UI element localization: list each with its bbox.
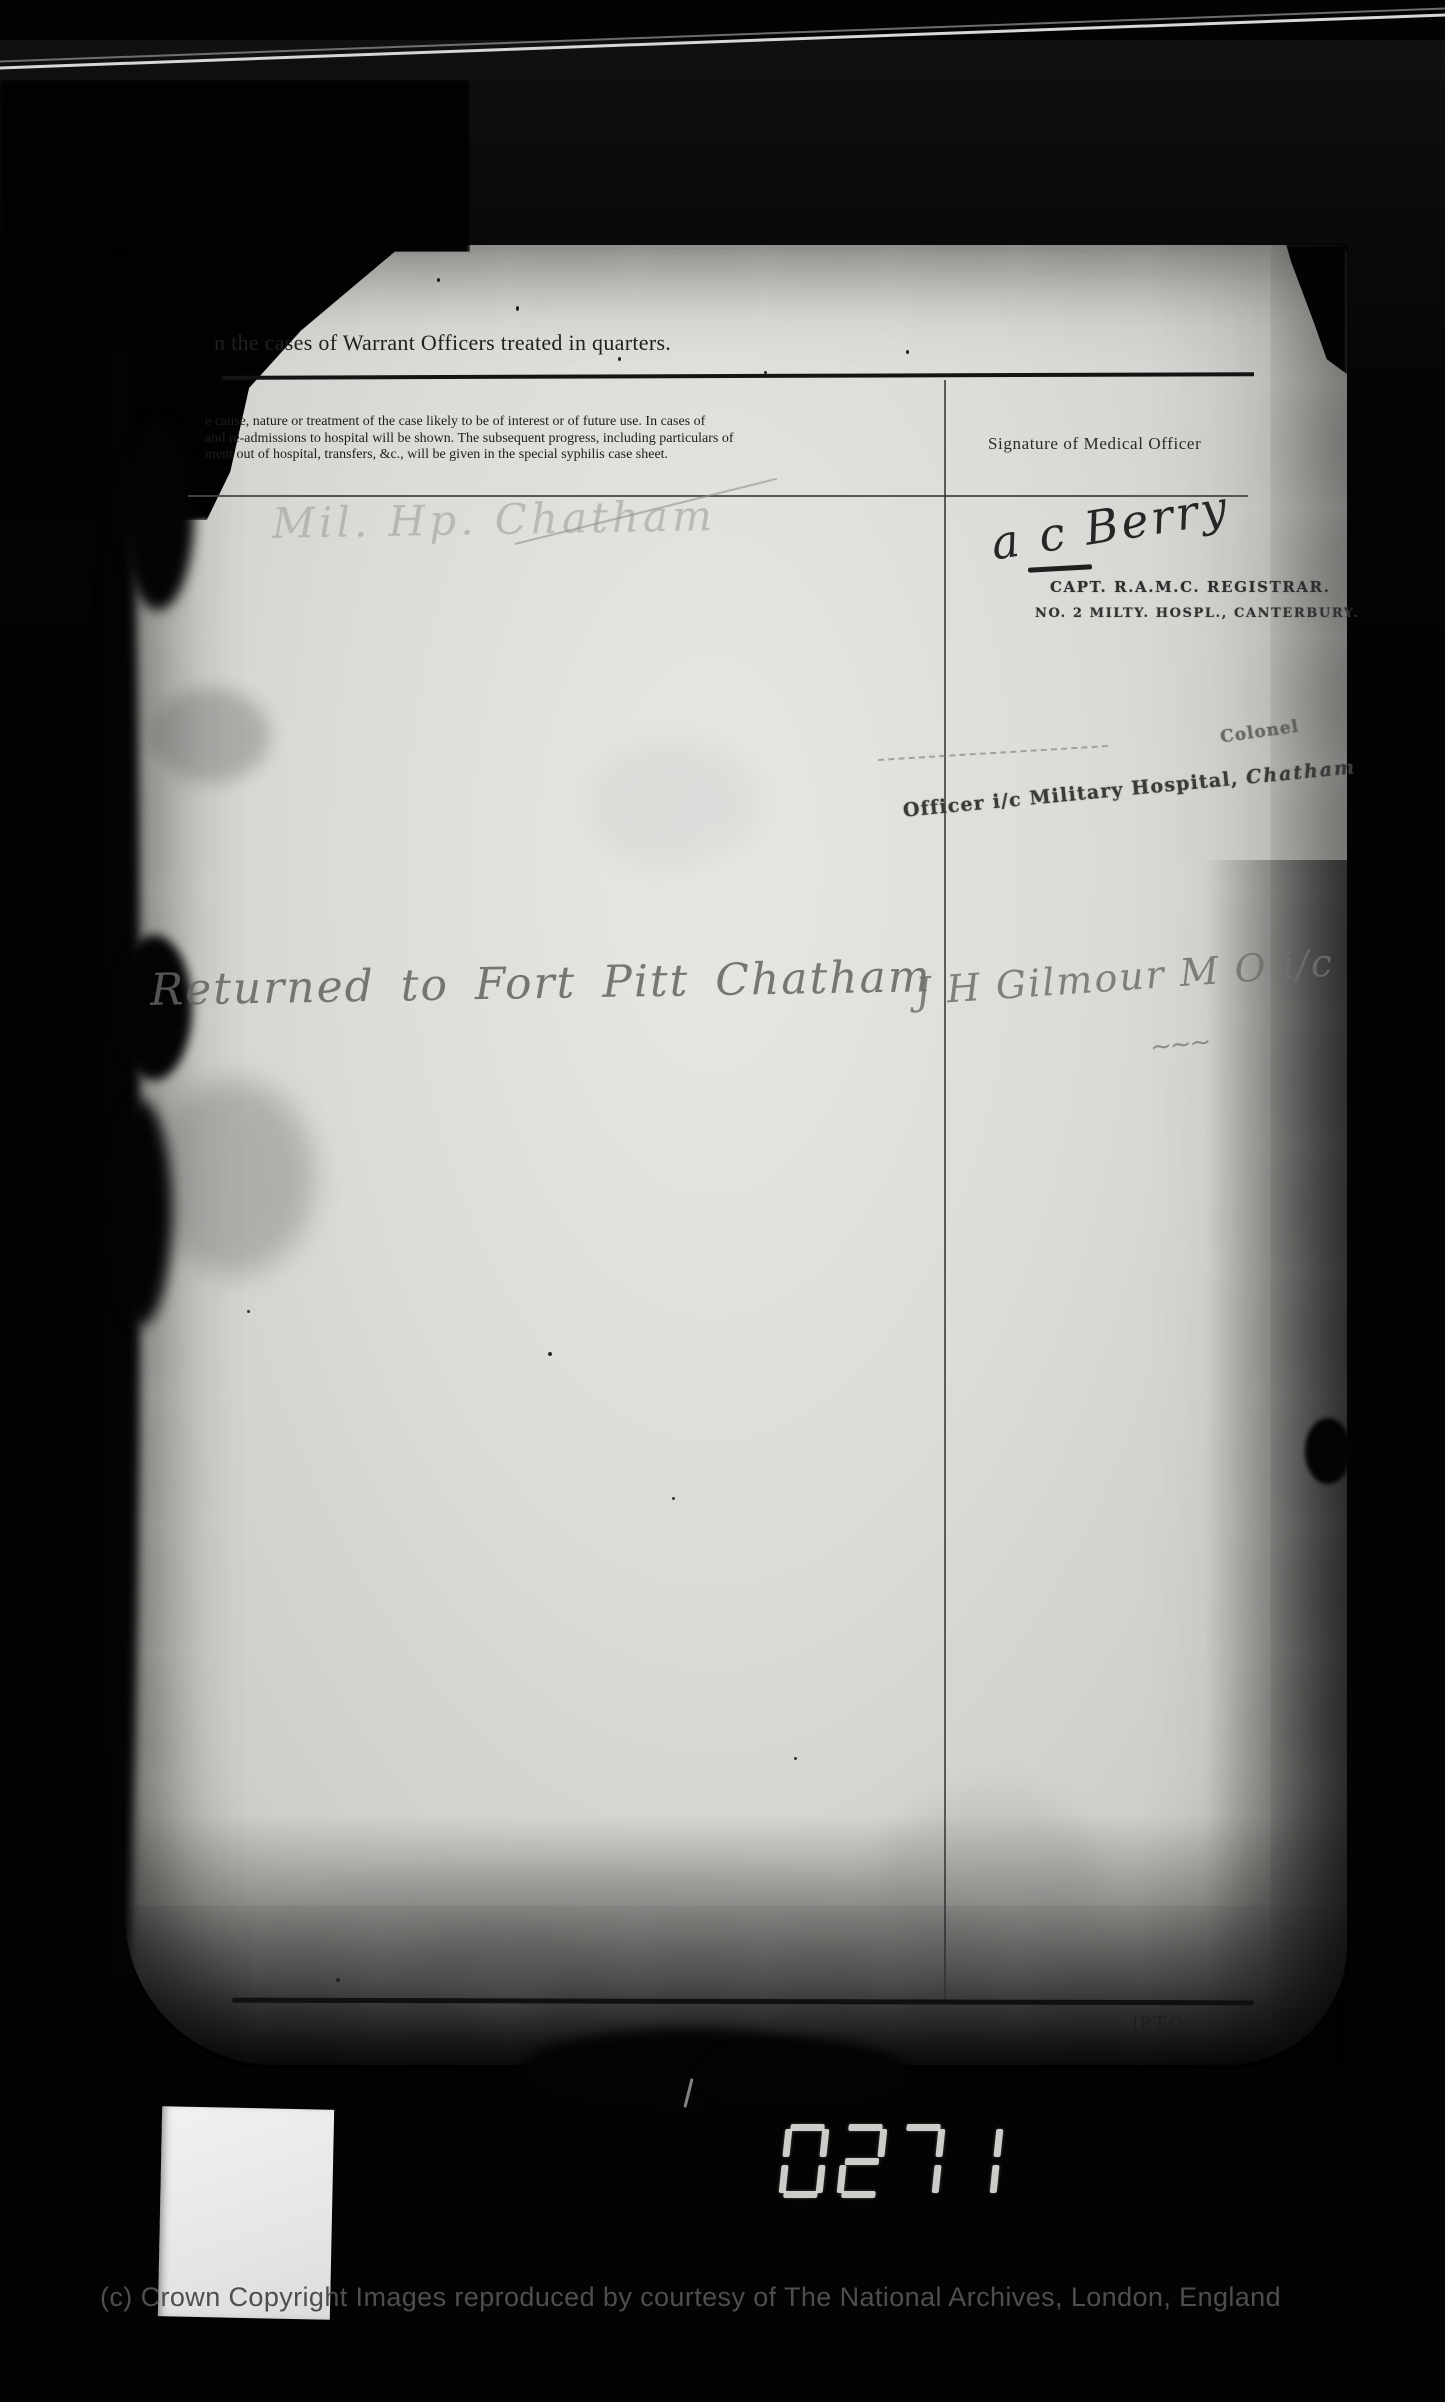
signature-flourish: ~~~	[1149, 1027, 1211, 1063]
speck	[672, 1497, 675, 1500]
pto-note: [P.T.O.	[1133, 2012, 1189, 2035]
page-heading: n the cases of Warrant Officers treated …	[214, 330, 671, 356]
registrar-stamp-line2: NO. 2 MILTY. HOSPL., CANTERBURY.	[1035, 606, 1359, 621]
torn-notch-right	[1305, 1418, 1351, 1484]
instructions-line-3: ment out of hospital, transfers, &c., wi…	[205, 447, 734, 464]
instructions-paragraph: e cause, nature or treatment of the case…	[205, 414, 734, 464]
speck	[516, 306, 519, 311]
speck	[906, 350, 909, 354]
speck	[618, 357, 621, 361]
edge-smudge	[150, 1080, 315, 1275]
instructions-line-1: e cause, nature or treatment of the case…	[205, 414, 734, 431]
speck	[794, 1757, 797, 1760]
speck	[437, 278, 440, 282]
instructions-line-2: and re-admissions to hospital will be sh…	[205, 431, 734, 448]
counter-digit	[894, 2124, 946, 2198]
counter-digit	[952, 2124, 1004, 2198]
speck	[247, 1310, 250, 1313]
counter-digit	[778, 2124, 830, 2198]
torn-edge-bottom	[700, 2040, 910, 2110]
speck	[548, 1352, 552, 1356]
column-divider	[944, 380, 946, 2002]
stain	[590, 740, 760, 870]
copyright-line: (c) Crown Copyright Images reproduced by…	[100, 2282, 1281, 2313]
frame-counter	[778, 2124, 1004, 2198]
registrar-stamp-line1: CAPT. R.A.M.C. REGISTRAR.	[1050, 578, 1331, 596]
stain	[880, 1790, 1100, 1970]
pencil-note: Mil. Hp. Chatham	[272, 491, 717, 548]
edge-blot	[122, 420, 194, 610]
edge-smudge	[150, 688, 270, 783]
signature-column-header: Signature of Medical Officer	[988, 434, 1201, 454]
counter-digit	[836, 2124, 888, 2198]
microfilm-scan: n the cases of Warrant Officers treated …	[0, 0, 1445, 2402]
speck	[764, 371, 767, 374]
edge-blot	[110, 1100, 172, 1325]
speck	[336, 1978, 340, 1982]
